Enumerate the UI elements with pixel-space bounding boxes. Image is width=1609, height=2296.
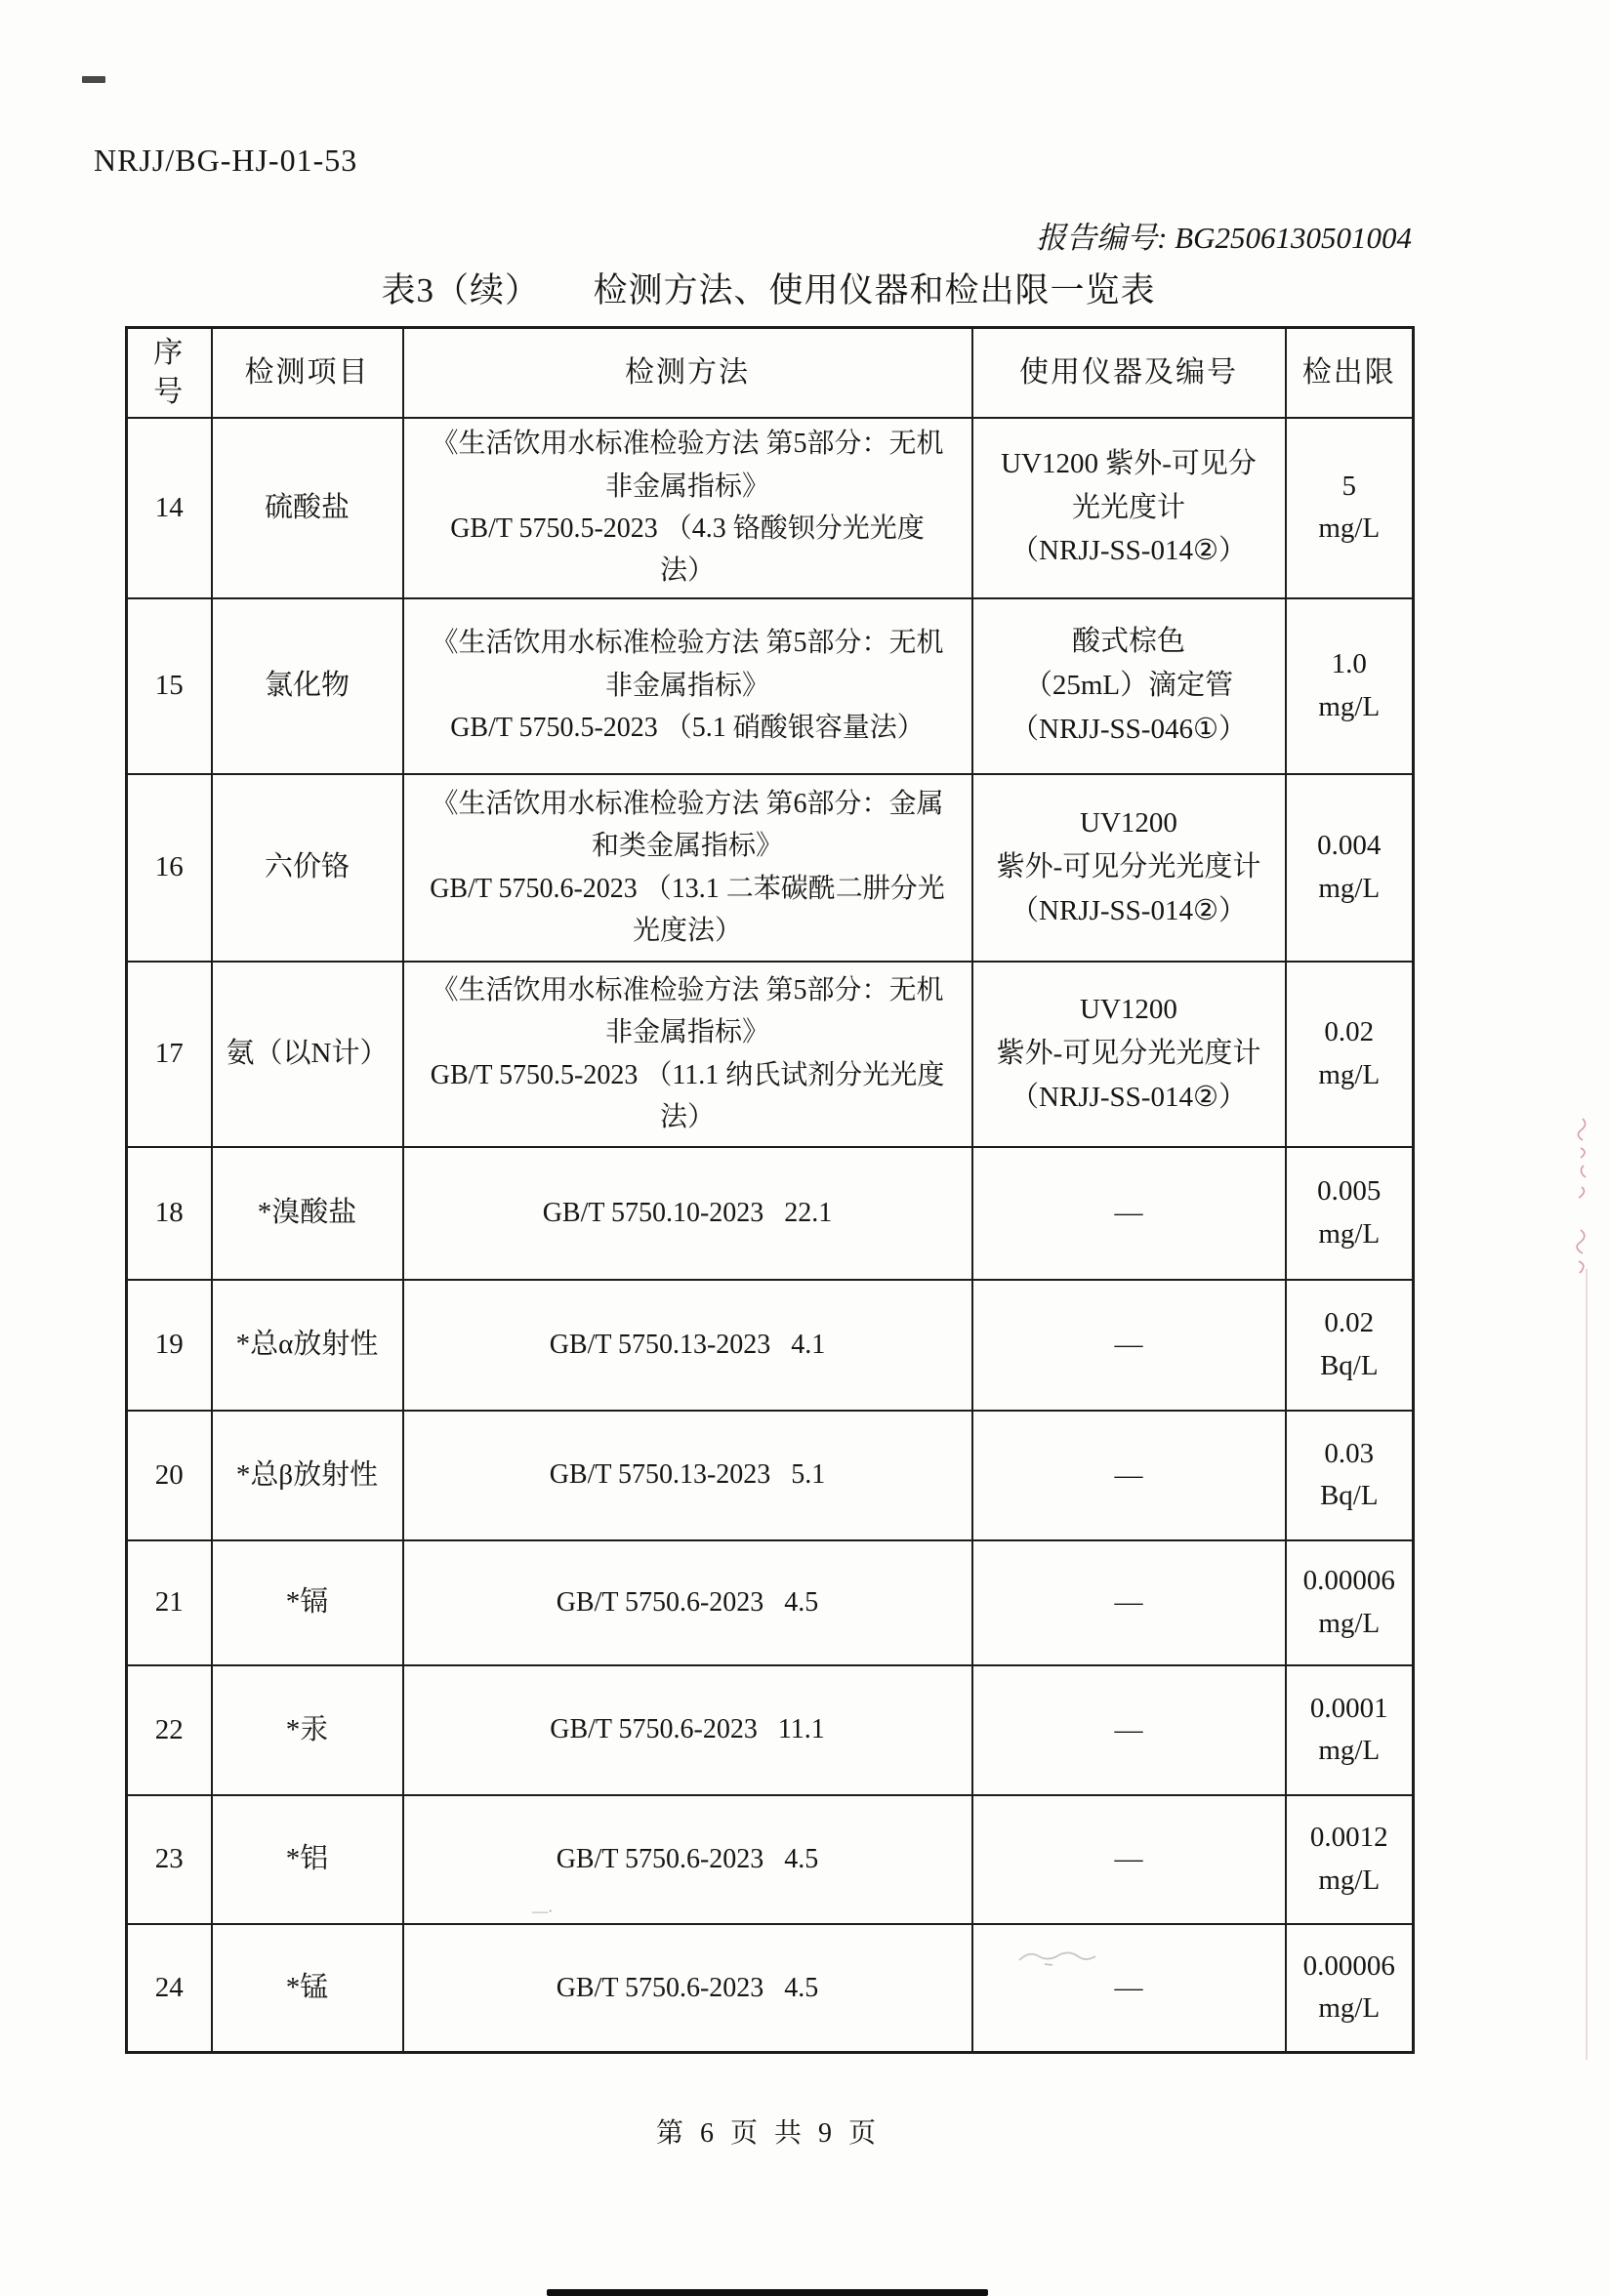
table-row: 15 氯化物 《生活饮用水标准检验方法 第5部分：无机 非金属指标》 GB/T … xyxy=(127,598,1414,774)
cell-no: 23 xyxy=(127,1795,212,1924)
cell-instrument: 酸式棕色 （25mL）滴定管 （NRJJ-SS-046①） xyxy=(972,598,1286,774)
cell-limit: 5 mg/L xyxy=(1286,418,1414,598)
cell-instrument: — xyxy=(972,1924,1286,2053)
cell-instrument: UV1200 紫外-可见分光光度计 （NRJJ-SS-014②） xyxy=(972,962,1286,1147)
cell-item: *溴酸盐 xyxy=(212,1147,403,1280)
cell-method: 《生活饮用水标准检验方法 第6部分：金属 和类金属指标》 GB/T 5750.6… xyxy=(403,774,972,962)
table-row: 14 硫酸盐 《生活饮用水标准检验方法 第5部分：无机 非金属指标》 GB/T … xyxy=(127,418,1414,598)
col-header-limit: 检出限 xyxy=(1286,328,1414,418)
cell-limit: 0.02 mg/L xyxy=(1286,962,1414,1147)
cell-method: GB/T 5750.6-2023 4.5 xyxy=(403,1540,972,1665)
col-header-method: 检测方法 xyxy=(403,328,972,418)
table-row: 16 六价铬 《生活饮用水标准检验方法 第6部分：金属 和类金属指标》 GB/T… xyxy=(127,774,1414,962)
cell-limit: 0.00006 mg/L xyxy=(1286,1540,1414,1665)
page-footer: 第 6 页 共 9 页 xyxy=(125,2111,1412,2151)
cell-no: 24 xyxy=(127,1924,212,2053)
cell-no: 19 xyxy=(127,1280,212,1411)
table-row: 22 *汞 GB/T 5750.6-2023 11.1 — 0.0001 mg/… xyxy=(127,1665,1414,1795)
cell-item: *汞 xyxy=(212,1665,403,1795)
cell-method: 《生活饮用水标准检验方法 第5部分：无机 非金属指标》 GB/T 5750.5-… xyxy=(403,598,972,774)
cell-no: 16 xyxy=(127,774,212,962)
cell-limit: 1.0 mg/L xyxy=(1286,598,1414,774)
table-row: 21 *镉 GB/T 5750.6-2023 4.5 — 0.00006 mg/… xyxy=(127,1540,1414,1665)
cell-item: 六价铬 xyxy=(212,774,403,962)
col-header-instrument: 使用仪器及编号 xyxy=(972,328,1286,418)
table-row: 23 *铝 GB/T 5750.6-2023 4.5 — 0.0012 mg/L xyxy=(127,1795,1414,1924)
cell-item: 氨（以N计） xyxy=(212,962,403,1147)
cell-method: GB/T 5750.13-2023 5.1 xyxy=(403,1411,972,1540)
table-row: 19 *总α放射性 GB/T 5750.13-2023 4.1 — 0.02 B… xyxy=(127,1280,1414,1411)
cell-instrument: — xyxy=(972,1280,1286,1411)
cell-item: *总β放射性 xyxy=(212,1411,403,1540)
cell-instrument: — xyxy=(972,1147,1286,1280)
scan-artifact-edge-line xyxy=(1586,1269,1588,2060)
cell-method: 《生活饮用水标准检验方法 第5部分：无机 非金属指标》 GB/T 5750.5-… xyxy=(403,418,972,598)
cell-no: 21 xyxy=(127,1540,212,1665)
cell-limit: 0.03 Bq/L xyxy=(1286,1411,1414,1540)
cell-limit: 0.02 Bq/L xyxy=(1286,1280,1414,1411)
cell-limit: 0.00006 mg/L xyxy=(1286,1924,1414,2053)
cell-method: GB/T 5750.6-2023 11.1 xyxy=(403,1665,972,1795)
cell-limit: 0.004 mg/L xyxy=(1286,774,1414,962)
cell-method: GB/T 5750.6-2023 4.5 xyxy=(403,1924,972,2053)
scan-artifact-top-speck xyxy=(82,76,105,83)
cell-limit: 0.0001 mg/L xyxy=(1286,1665,1414,1795)
cell-item: *镉 xyxy=(212,1540,403,1665)
cell-item: *锰 xyxy=(212,1924,403,2053)
cell-item: *铝 xyxy=(212,1795,403,1924)
cell-no: 18 xyxy=(127,1147,212,1280)
cell-no: 17 xyxy=(127,962,212,1147)
cell-instrument: — xyxy=(972,1540,1286,1665)
cell-no: 20 xyxy=(127,1411,212,1540)
table-row: 20 *总β放射性 GB/T 5750.13-2023 5.1 — 0.03 B… xyxy=(127,1411,1414,1540)
table-row: 24 *锰 GB/T 5750.6-2023 4.5 — 0.00006 mg/… xyxy=(127,1924,1414,2053)
table-row: 18 *溴酸盐 GB/T 5750.10-2023 22.1 — 0.005 m… xyxy=(127,1147,1414,1280)
cell-instrument: — xyxy=(972,1665,1286,1795)
cell-limit: 0.005 mg/L xyxy=(1286,1147,1414,1280)
table-header: 序 号 检测项目 检测方法 使用仪器及编号 检出限 xyxy=(127,328,1414,418)
cell-limit: 0.0012 mg/L xyxy=(1286,1795,1414,1924)
methods-table: 序 号 检测项目 检测方法 使用仪器及编号 检出限 14 硫酸盐 《生活饮用水标… xyxy=(125,326,1415,2054)
col-header-item: 检测项目 xyxy=(212,328,403,418)
cell-instrument: — xyxy=(972,1411,1286,1540)
scan-artifact-bottom-edge xyxy=(547,2289,988,2296)
cell-item: 氯化物 xyxy=(212,598,403,774)
page-title: 表3（续） 检测方法、使用仪器和检出限一览表 xyxy=(125,264,1412,312)
report-number: 报告编号: BG2506130501004 xyxy=(125,213,1412,257)
cell-method: GB/T 5750.13-2023 4.1 xyxy=(403,1280,972,1411)
cell-method: 《生活饮用水标准检验方法 第5部分：无机 非金属指标》 GB/T 5750.5-… xyxy=(403,962,972,1147)
cell-no: 14 xyxy=(127,418,212,598)
cell-no: 22 xyxy=(127,1665,212,1795)
col-header-no: 序 号 xyxy=(127,328,212,418)
cell-instrument: UV1200 紫外-可见分光光度计 （NRJJ-SS-014②） xyxy=(972,774,1286,962)
cell-no: 15 xyxy=(127,598,212,774)
cell-instrument: — xyxy=(972,1795,1286,1924)
table-body: 14 硫酸盐 《生活饮用水标准检验方法 第5部分：无机 非金属指标》 GB/T … xyxy=(127,418,1414,2053)
table-row: 17 氨（以N计） 《生活饮用水标准检验方法 第5部分：无机 非金属指标》 GB… xyxy=(127,962,1414,1147)
scan-artifact-red-marks xyxy=(1569,1115,1594,1300)
cell-method: GB/T 5750.6-2023 4.5 xyxy=(403,1795,972,1924)
header-row: 序 号 检测项目 检测方法 使用仪器及编号 检出限 xyxy=(127,328,1414,418)
cell-item: *总α放射性 xyxy=(212,1280,403,1411)
cell-method: GB/T 5750.10-2023 22.1 xyxy=(403,1147,972,1280)
cell-item: 硫酸盐 xyxy=(212,418,403,598)
cell-instrument: UV1200 紫外-可见分 光光度计 （NRJJ-SS-014②） xyxy=(972,418,1286,598)
document-code: NRJJ/BG-HJ-01-53 xyxy=(94,143,357,179)
